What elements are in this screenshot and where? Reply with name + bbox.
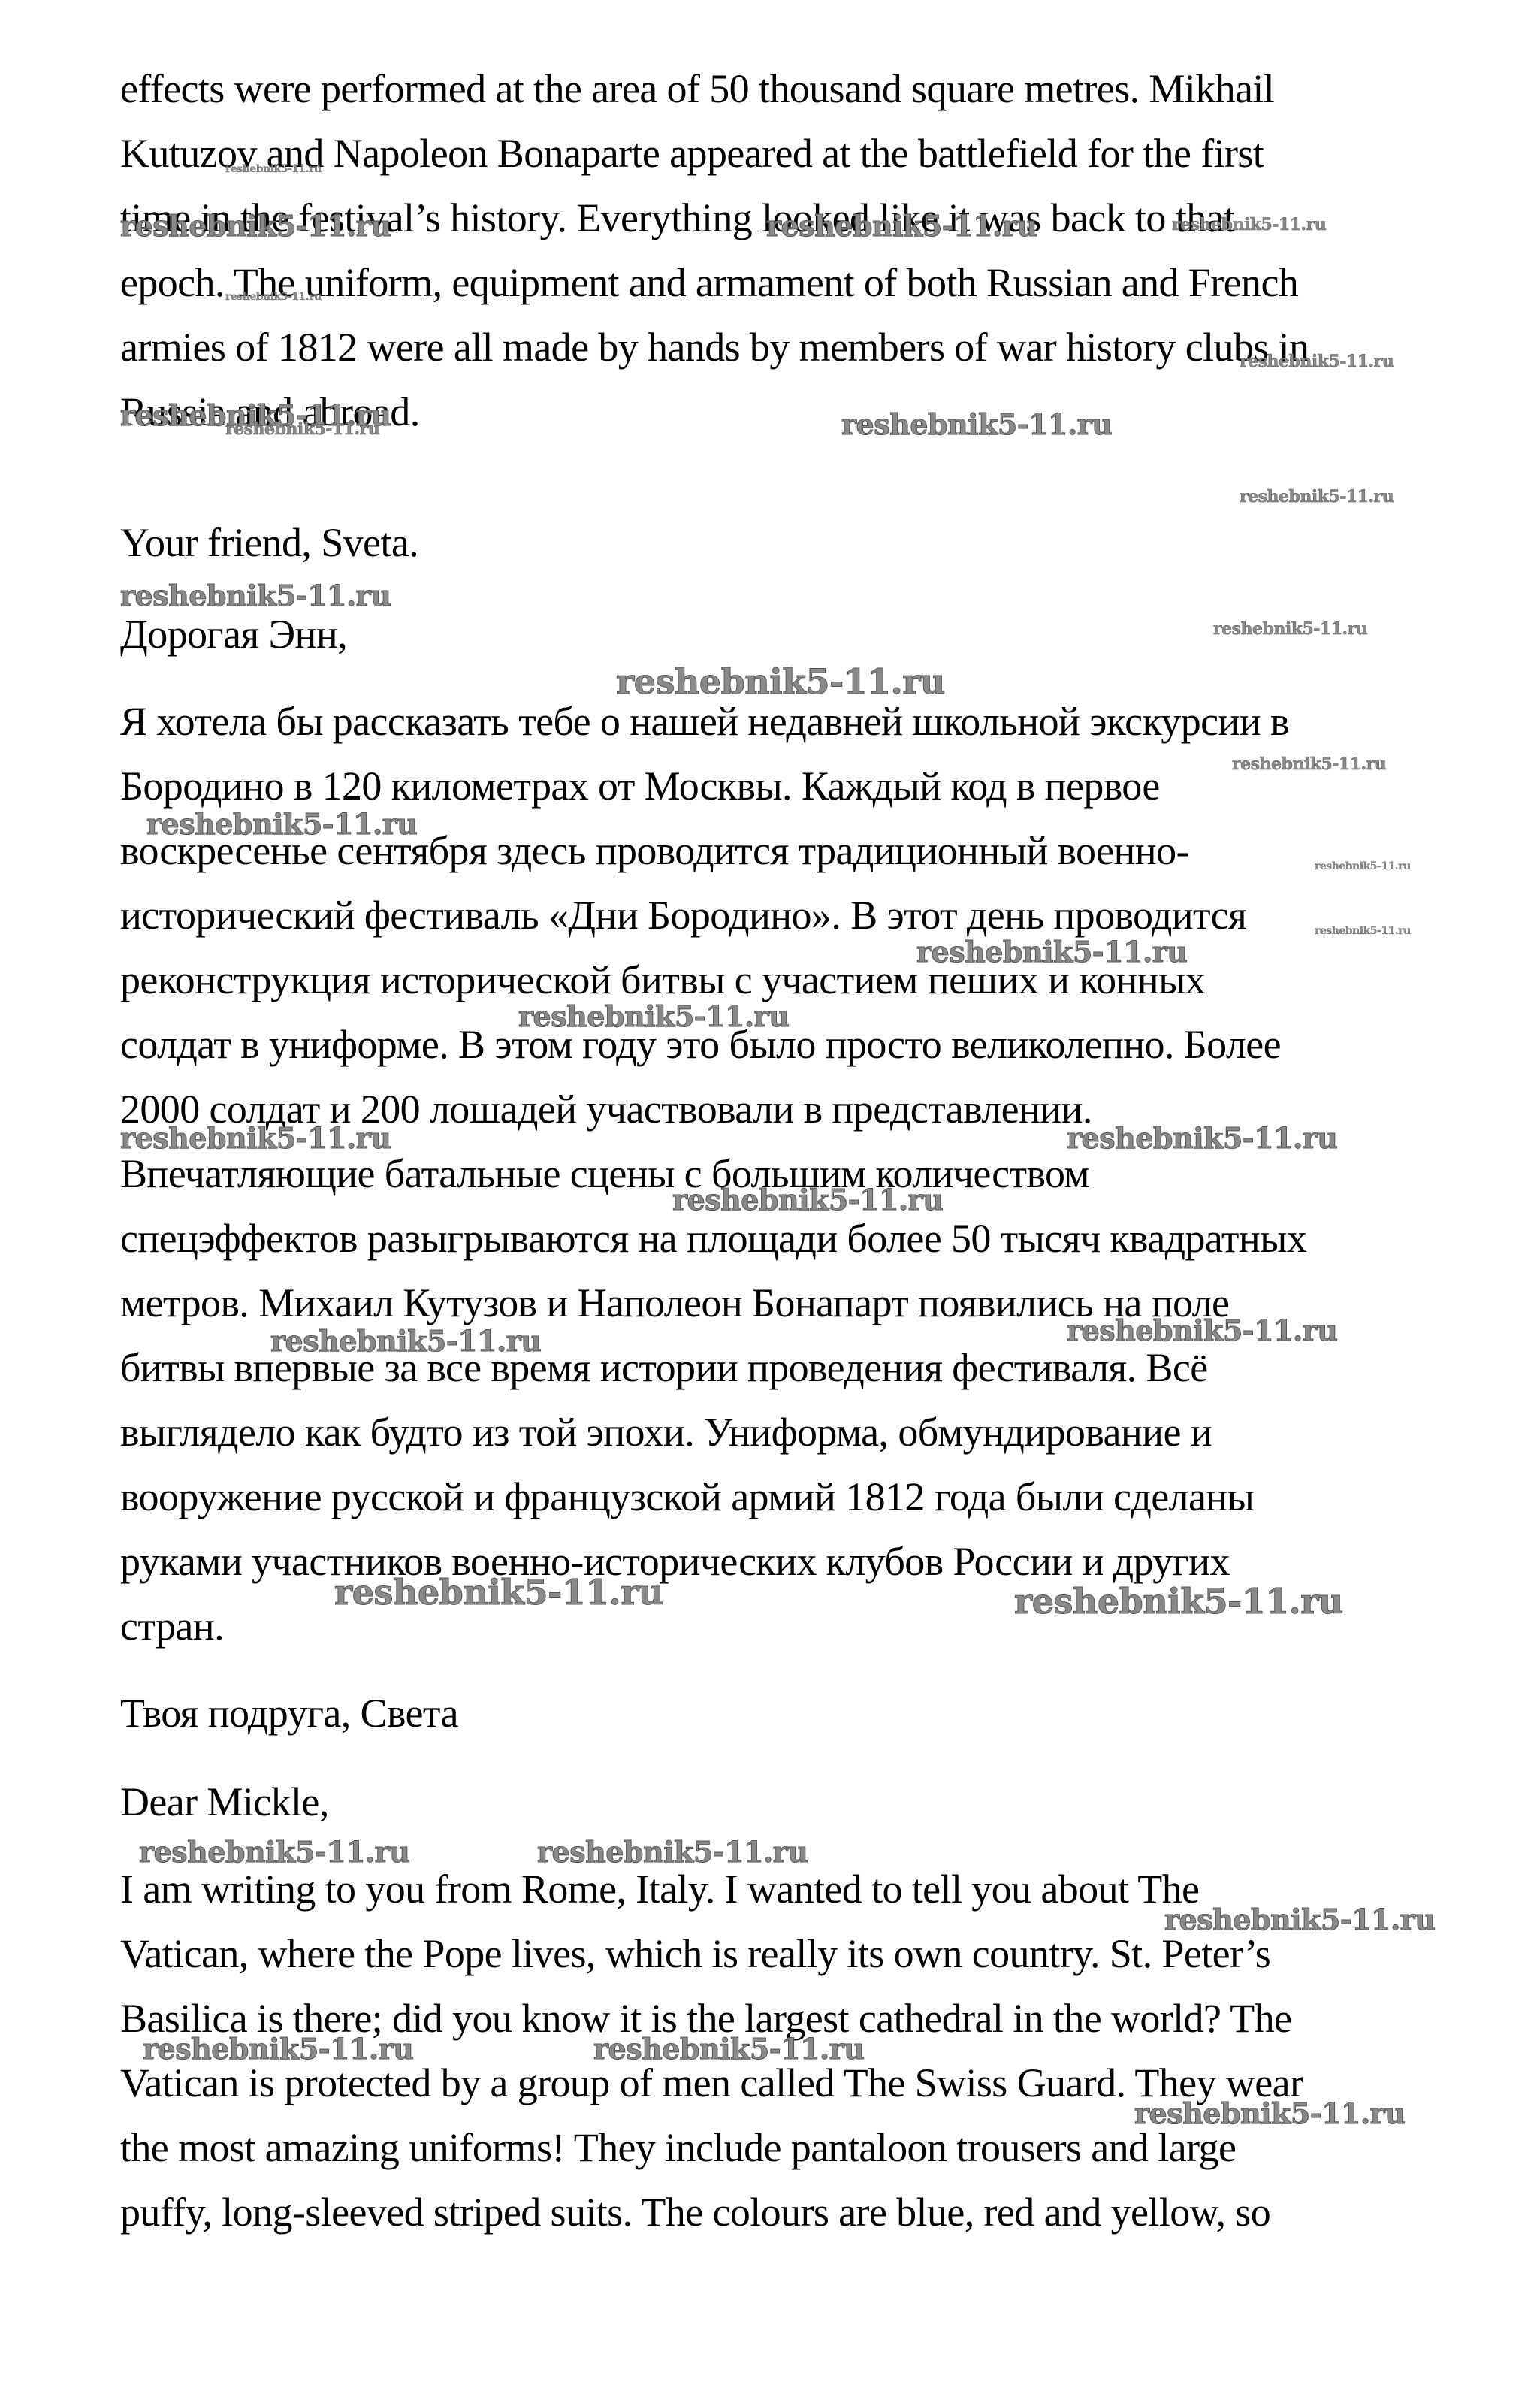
text-line: Впечатляющие батальные сцены с большим к… — [120, 1150, 1089, 1198]
watermark: reshebnik5-11.ru — [518, 1002, 789, 1031]
watermark: reshebnik5-11.ru — [143, 2035, 413, 2063]
text-line: the most amazing uniforms! They include … — [120, 2123, 1236, 2172]
text-line: effects were performed at the area of 50… — [120, 65, 1274, 113]
text-line: I am writing to you from Rome, Italy. I … — [120, 1865, 1199, 1913]
watermark: reshebnik5-11.ru — [537, 1838, 808, 1867]
watermark: reshebnik5-11.ru — [1240, 353, 1394, 370]
watermark: reshebnik5-11.ru — [1172, 216, 1326, 233]
watermark: reshebnik5-11.ru — [1164, 1906, 1435, 1934]
document-page: effects were performed at the area of 50… — [0, 0, 1540, 2394]
watermark: reshebnik5-11.ru — [1067, 1316, 1337, 1345]
watermark: reshebnik5-11.ru — [616, 664, 945, 699]
watermark: reshebnik5-11.ru — [1067, 1124, 1337, 1153]
text-line: puffy, long-sleeved striped suits. The c… — [120, 2188, 1270, 2236]
text-line: спецэффектов разыгрываются на площади бо… — [120, 1214, 1306, 1262]
watermark: reshebnik5-11.ru — [120, 582, 391, 610]
watermark: reshebnik5-11.ru — [1232, 756, 1386, 772]
watermark: reshebnik5-11.ru — [225, 164, 322, 174]
text-line: Бородино в 120 километрах от Москвы. Каж… — [120, 762, 1160, 810]
watermark: reshebnik5-11.ru — [225, 292, 322, 302]
watermark: reshebnik5-11.ru — [672, 1186, 943, 1214]
watermark: reshebnik5-11.ru — [139, 1838, 409, 1867]
watermark: reshebnik5-11.ru — [1213, 621, 1367, 637]
text-line: выглядело как будто из той эпохи. Унифор… — [120, 1408, 1212, 1456]
watermark: reshebnik5-11.ru — [270, 1327, 541, 1356]
signoff-text: Your friend, Sveta. — [120, 518, 418, 567]
text-line: armies of 1812 were all made by hands by… — [120, 323, 1309, 371]
signoff-text: Твоя подруга, Света — [120, 1689, 458, 1737]
watermark: reshebnik5-11.ru — [766, 212, 1037, 240]
text-line: стран. — [120, 1602, 224, 1650]
watermark: reshebnik5-11.ru — [120, 1124, 391, 1153]
watermark: reshebnik5-11.ru — [916, 938, 1187, 966]
greeting-text: Дорогая Энн, — [120, 610, 347, 658]
text-line: метров. Михаил Кутузов и Наполеон Бонапа… — [120, 1279, 1229, 1327]
watermark: reshebnik5-11.ru — [1134, 2099, 1405, 2128]
text-line: Vatican, where the Pope lives, which is … — [120, 1930, 1270, 1978]
watermark: reshebnik5-11.ru — [841, 410, 1112, 439]
watermark: reshebnik5-11.ru — [1240, 488, 1394, 505]
watermark: reshebnik5-11.ru — [225, 421, 379, 437]
watermark: reshebnik5-11.ru — [334, 1575, 663, 1610]
text-line: исторический фестиваль «Дни Бородино». В… — [120, 891, 1246, 939]
watermark: reshebnik5-11.ru — [120, 212, 391, 240]
watermark: reshebnik5-11.ru — [1014, 1584, 1343, 1619]
watermark: reshebnik5-11.ru — [1315, 861, 1411, 872]
watermark: reshebnik5-11.ru — [146, 810, 417, 839]
watermark: reshebnik5-11.ru — [1315, 926, 1411, 936]
text-line: Vatican is protected by a group of men c… — [120, 2059, 1303, 2107]
text-line: руками участников военно-исторических кл… — [120, 1537, 1230, 1585]
watermark: reshebnik5-11.ru — [593, 2035, 864, 2063]
text-line: Я хотела бы рассказать тебе о нашей неда… — [120, 697, 1289, 745]
greeting-text: Dear Mickle, — [120, 1778, 329, 1826]
text-line: вооружение русской и французской армий 1… — [120, 1473, 1254, 1521]
